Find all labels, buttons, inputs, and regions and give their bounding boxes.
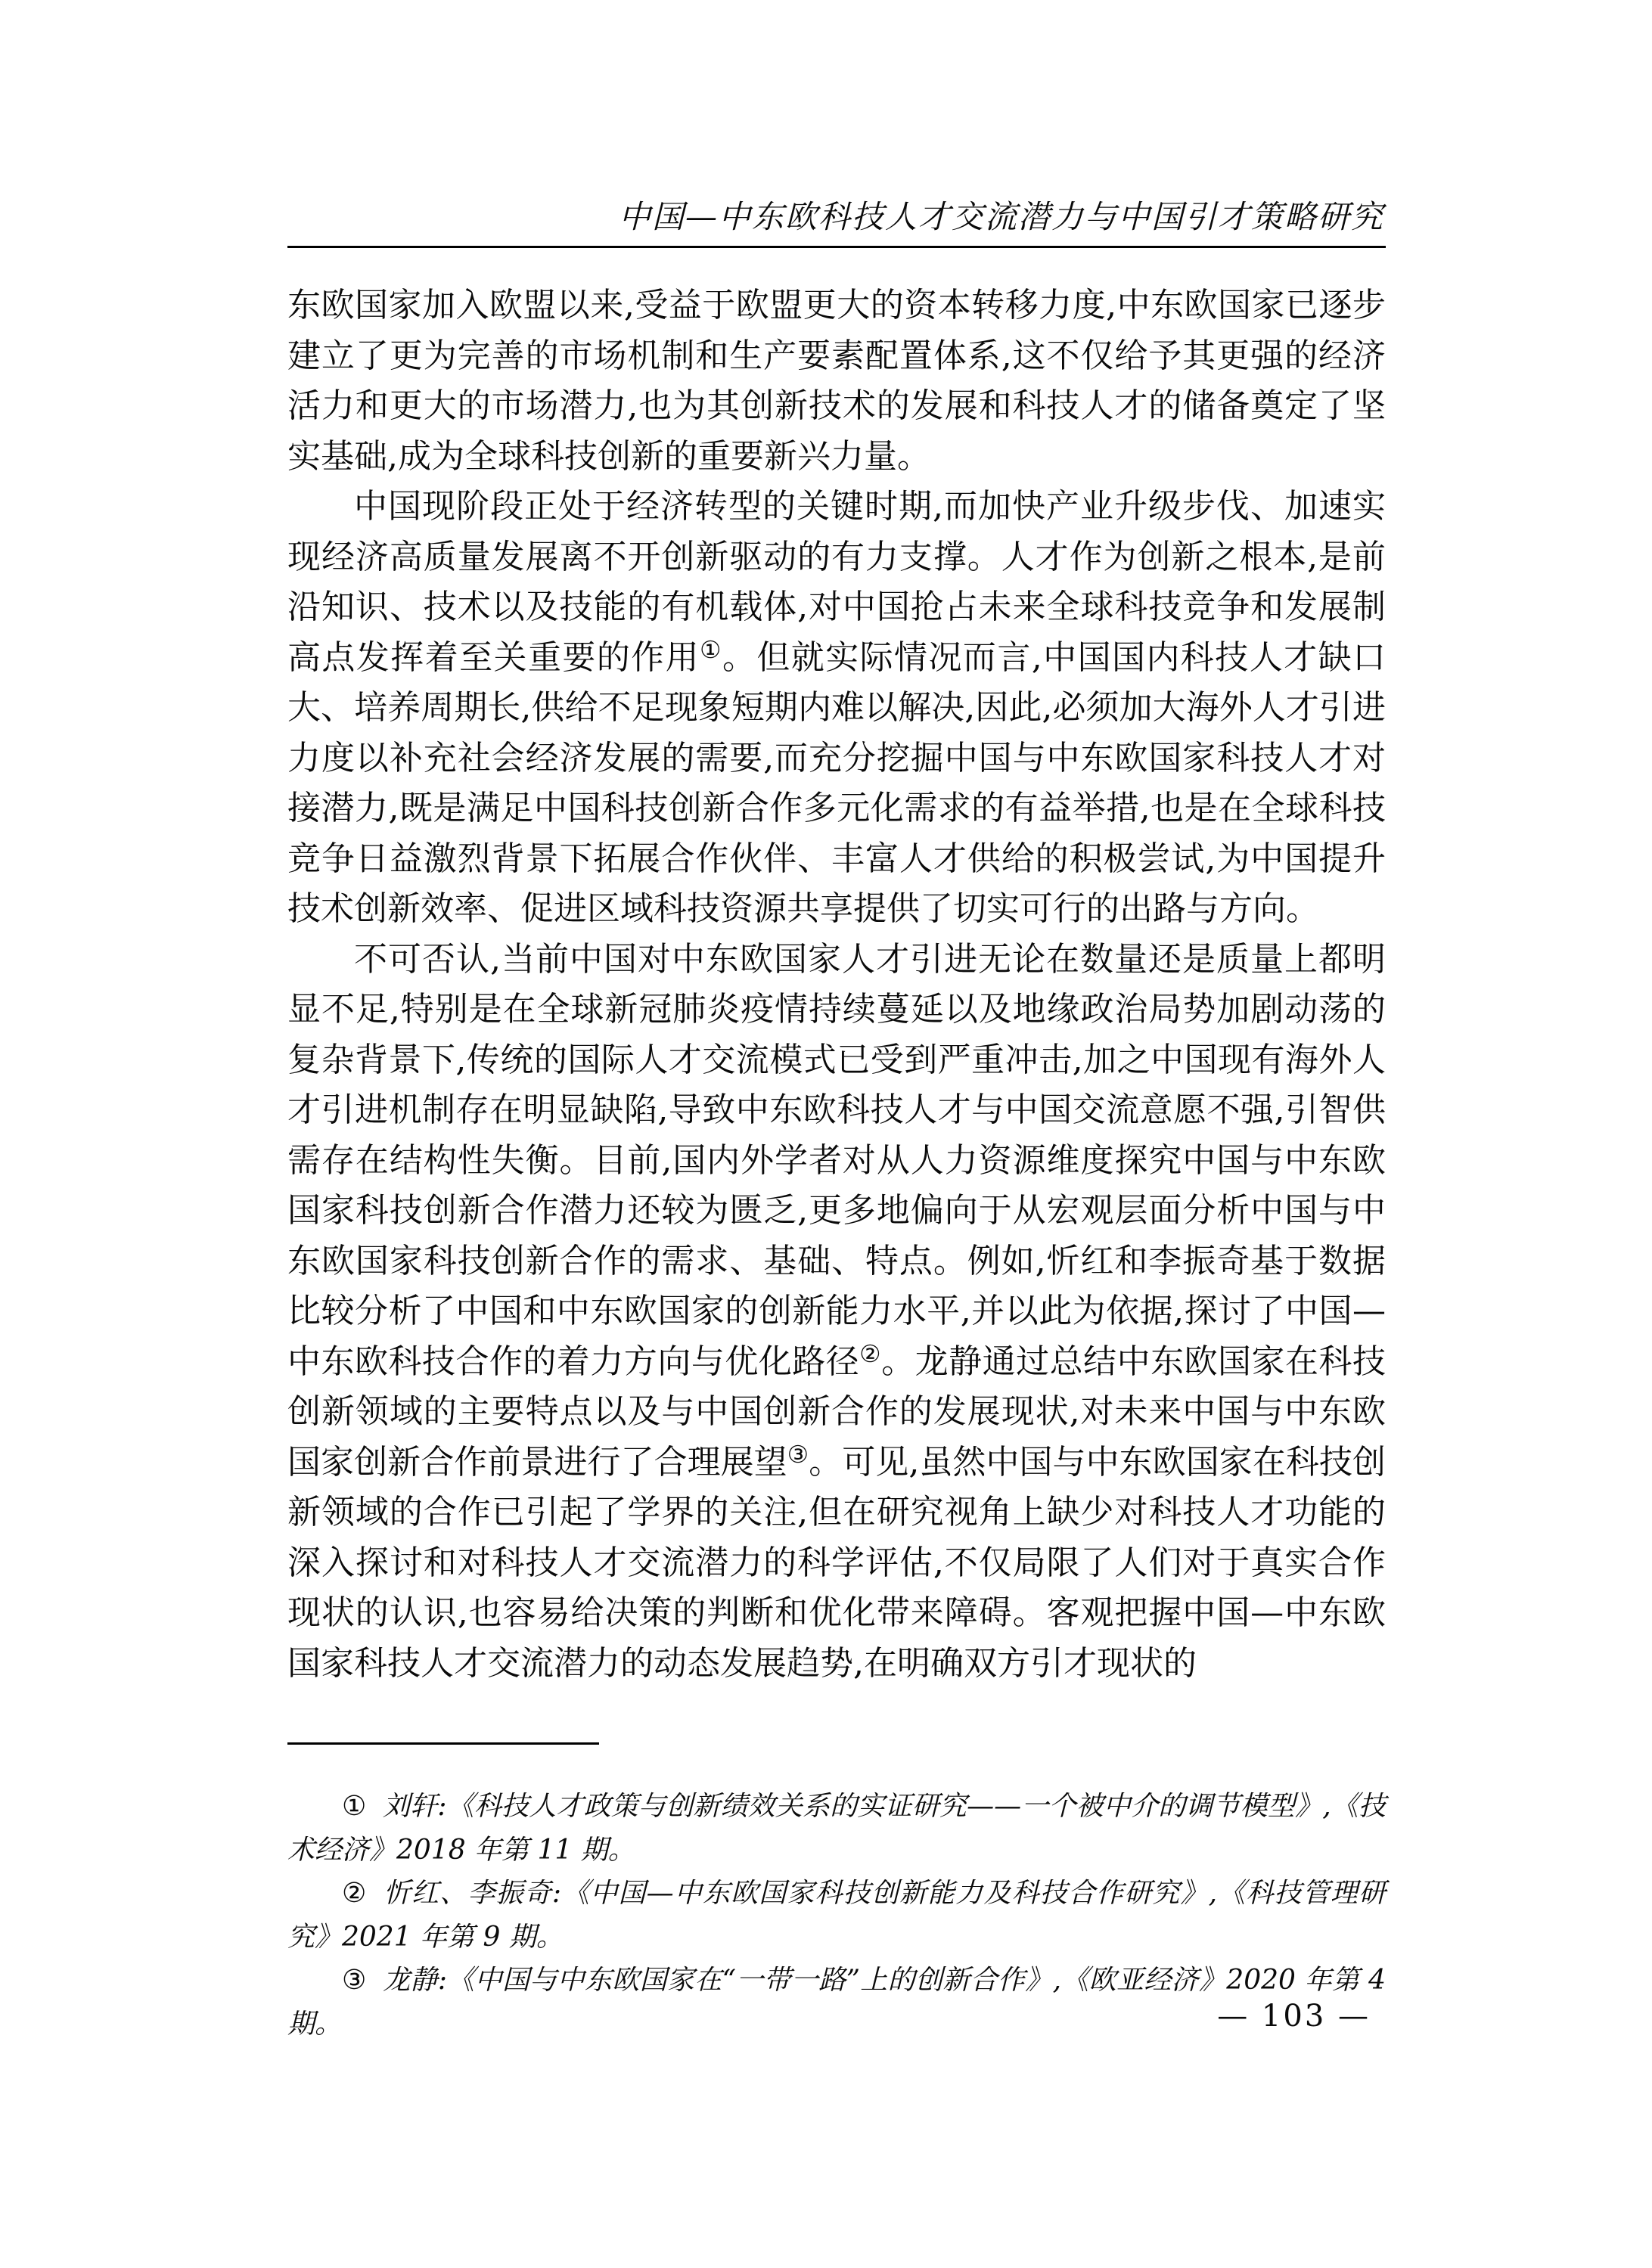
footnote-item: ②忻红、李振奇:《中国—中东欧国家科技创新能力及科技合作研究》,《科技管理研究》… — [287, 1872, 1386, 1959]
body-paragraph: 中国现阶段正处于经济转型的关键时期,而加快产业升级步伐、加速实现经济高质量发展离… — [287, 482, 1386, 935]
body-paragraph: 东欧国家加入欧盟以来,受益于欧盟更大的资本转移力度,中东欧国家已逐步建立了更为完… — [287, 281, 1386, 482]
footnote-marker: ② — [342, 1878, 367, 1909]
footnote-marker: ③ — [342, 1965, 367, 1996]
footnote-text: 忻红、李振奇:《中国—中东欧国家科技创新能力及科技合作研究》,《科技管理研究》2… — [287, 1878, 1386, 1953]
body-text: 东欧国家加入欧盟以来,受益于欧盟更大的资本转移力度,中东欧国家已逐步建立了更为完… — [287, 281, 1386, 1689]
footnote-ref: ② — [859, 1340, 881, 1367]
running-header-title: 中国—中东欧科技人才交流潜力与中国引才策略研究 — [287, 200, 1384, 234]
body-paragraph: 不可否认,当前中国对中东欧国家人才引进无论在数量还是质量上都明显不足,特别是在全… — [287, 935, 1386, 1689]
footnote-ref: ① — [700, 636, 722, 663]
footnote-marker: ① — [342, 1791, 366, 1822]
document-page: 中国—中东欧科技人才交流潜力与中国引才策略研究 东欧国家加入欧盟以来,受益于欧盟… — [0, 0, 1652, 2268]
footnote-separator — [287, 1742, 599, 1745]
footnote-item: ①刘轩:《科技人才政策与创新绩效关系的实证研究——一个被中介的调节模型》,《技术… — [287, 1785, 1386, 1872]
text-column: 中国—中东欧科技人才交流潜力与中国引才策略研究 东欧国家加入欧盟以来,受益于欧盟… — [287, 0, 1386, 2268]
page-number: — 103 — — [1217, 1998, 1371, 2034]
header-rule — [287, 246, 1386, 248]
footnote-ref: ③ — [787, 1441, 809, 1468]
footnote-text: 刘轩:《科技人才政策与创新绩效关系的实证研究——一个被中介的调节模型》,《技术经… — [287, 1791, 1386, 1866]
